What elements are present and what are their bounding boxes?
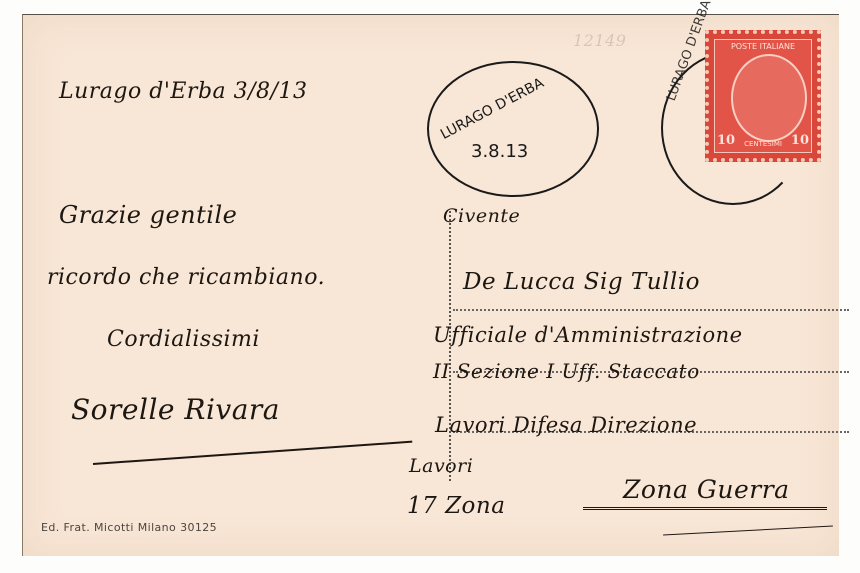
signature: Sorelle Rivara (71, 393, 280, 426)
address-line-3: Lavori Difesa Direzione (435, 413, 697, 437)
king-portrait-icon (731, 54, 807, 142)
publisher-imprint: Ed. Frat. Micotti Milano 30125 (41, 521, 217, 534)
zone-underline (583, 507, 827, 510)
place-date: Lurago d'Erba 3/8/13 (59, 79, 307, 104)
address-line-5: 17 Zona (407, 493, 505, 519)
address-line-rule-1 (453, 309, 849, 311)
message-line-3: Cordialissimi (107, 327, 260, 352)
postmark-town: LURAGO D'ERBA (438, 75, 547, 143)
stamp-value-right: 10 (791, 133, 809, 148)
message-line-2: ricordo che ricambiano. (47, 265, 325, 290)
address-line-1: Ufficiale d'Amministrazione (433, 323, 743, 347)
sender-label: Civente (443, 205, 520, 227)
stamp-top-text: POSTE ITALIANE (715, 42, 811, 51)
message-line-1: Grazie gentile (59, 201, 237, 229)
postage-stamp: POSTE ITALIANE CENTESIMI 10 10 (705, 30, 821, 162)
stamp-value-left: 10 (717, 133, 735, 148)
address-line-4: Lavori (409, 455, 473, 477)
recipient-name: De Lucca Sig Tullio (463, 269, 700, 295)
address-line-6: Zona Guerra (623, 475, 790, 504)
postmark-date: 3.8.13 (471, 141, 528, 162)
signature-flourish (93, 441, 412, 465)
zone-flourish (663, 526, 833, 536)
pencil-note: 12149 (573, 31, 626, 50)
address-line-2: II Sezione I Uff. Staccato (433, 359, 700, 383)
postmark-main: LURAGO D'ERBA 3.8.13 (427, 61, 599, 197)
